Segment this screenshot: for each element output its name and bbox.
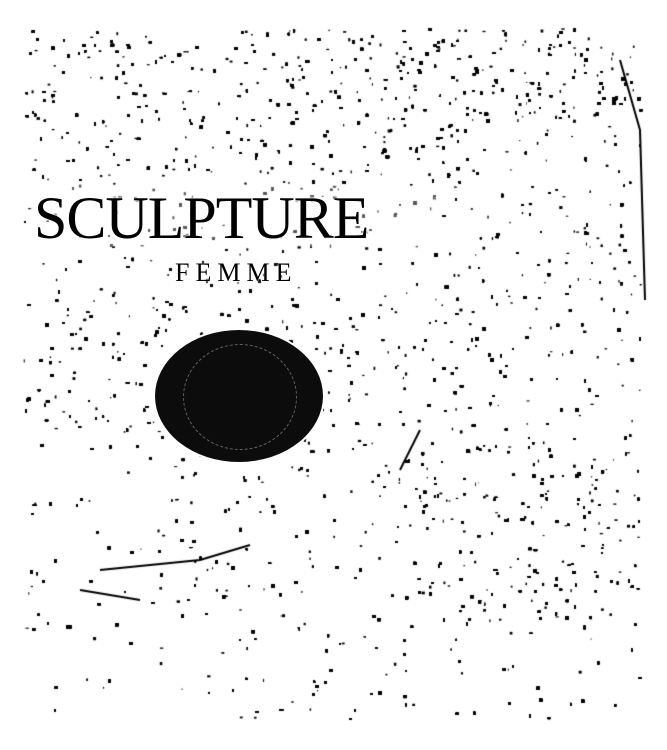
label-title: SCULPTURE: [34, 188, 368, 248]
label-subtitle: FEMME: [175, 260, 297, 286]
scanned-texture-background: [0, 0, 667, 750]
oval-emblem: [155, 330, 323, 462]
oval-emblem-ring: [183, 344, 297, 450]
